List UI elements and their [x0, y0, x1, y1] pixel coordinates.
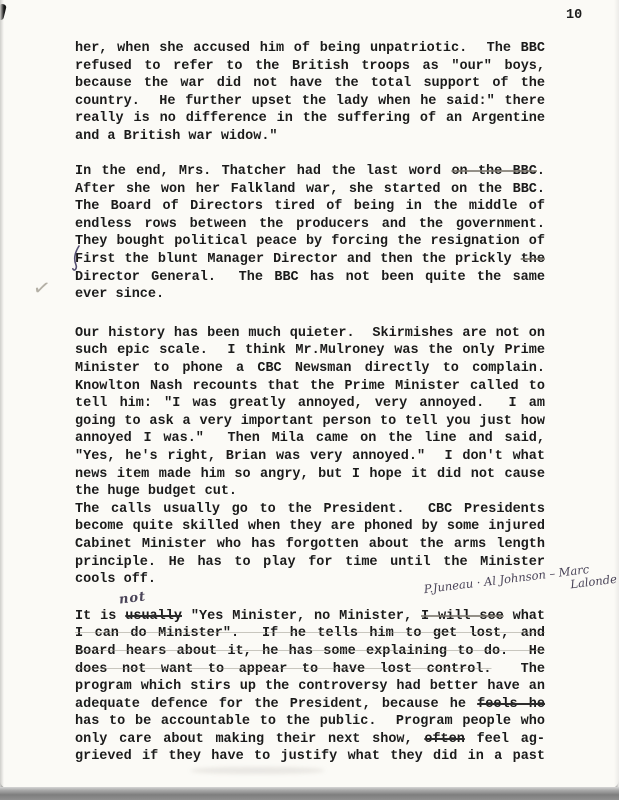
- page-number: 10: [566, 8, 582, 24]
- text-segment: The: [492, 662, 546, 677]
- text-line: the huge budget cut.: [75, 483, 545, 501]
- text-segment: principle. He has to play for time until…: [75, 555, 545, 570]
- text-line: Our history has been much quieter. Skirm…: [75, 325, 545, 343]
- text-segment: program which stirs up the controversy h…: [75, 679, 545, 694]
- text-segment: because the war did not have the total s…: [75, 76, 545, 91]
- text-line: and a British war widow.": [75, 128, 545, 146]
- struck-text: the: [521, 252, 545, 267]
- paragraph: Our history has been much quieter. Skirm…: [75, 325, 545, 589]
- scan-smudge: [190, 767, 325, 774]
- text-segment: .: [537, 164, 545, 179]
- struck-text: I will see: [421, 609, 504, 624]
- text-line: The calls usually go to the President. C…: [75, 501, 545, 519]
- text-segment: ever since.: [75, 287, 164, 302]
- text-segment: and a British war widow.": [75, 129, 278, 144]
- text-line: because the war did not have the total s…: [75, 75, 545, 93]
- text-line: endless rows between the producers and t…: [75, 216, 545, 234]
- text-line: her, when she accused him of being unpat…: [75, 40, 545, 58]
- text-line: Knowlton Nash recounts that the Prime Mi…: [75, 378, 545, 396]
- text-segment: Cabinet Minister who has forgotten about…: [75, 537, 545, 552]
- paragraph: It is usually "Yes Minister, no Minister…: [75, 608, 545, 766]
- struck-text: usually: [125, 609, 182, 624]
- text-line: such epic scale. I think Mr.Mulroney was…: [75, 342, 545, 360]
- text-segment: country. He further upset the lady when …: [75, 94, 545, 109]
- text-segment: Director General. The BBC has not been q…: [75, 270, 545, 285]
- text-segment: going to ask a very important person to …: [75, 414, 545, 429]
- text-segment: cools off.: [75, 572, 156, 587]
- text-segment: Knowlton Nash recounts that the Prime Mi…: [75, 379, 545, 394]
- text-segment: grieved if they have to justify what the…: [75, 749, 545, 764]
- handwritten-f-correction-icon: [70, 245, 83, 280]
- text-line: Board hears about it, he has some explai…: [75, 643, 545, 661]
- text-line: news item made him so angry, but I hope …: [75, 466, 545, 484]
- text-segment: news item made him so angry, but I hope …: [75, 467, 545, 482]
- text-line: has to be accountable to the public. Pro…: [75, 713, 545, 731]
- text-line: tell him: "I was greatly annoyed, very a…: [75, 395, 545, 413]
- text-segment: adequate defence for the President, beca…: [75, 697, 477, 712]
- text-line: It is usually "Yes Minister, no Minister…: [75, 608, 545, 626]
- struck-text: often: [424, 732, 465, 747]
- text-segment: what: [504, 609, 545, 624]
- paragraph: her, when she accused him of being unpat…: [75, 40, 545, 146]
- text-segment: "Yes, he's right, Brian was very annoyed…: [75, 449, 545, 464]
- text-line: grieved if they have to justify what the…: [75, 748, 545, 766]
- text-line: After she won her Falkland war, she star…: [75, 181, 545, 199]
- page-right-edge-shadow: [614, 0, 619, 789]
- text-line: Minister to phone a CBC Newsman directly…: [75, 360, 545, 378]
- text-segment: annoyed I was." Then Mila came on the li…: [75, 431, 545, 446]
- text-segment: Minister to phone a CBC Newsman directly…: [75, 361, 545, 376]
- text-line: only care about making their next show, …: [75, 731, 545, 749]
- text-segment: Our history has been much quieter. Skirm…: [75, 326, 545, 341]
- text-segment: The Board of Directors tired of being in…: [75, 199, 545, 214]
- struck-text: feels he: [477, 697, 545, 712]
- text-line: country. He further upset the lady when …: [75, 93, 545, 111]
- text-line: become quite skilled when they are phone…: [75, 518, 545, 536]
- text-segment: feel ag-: [465, 732, 545, 747]
- struck-text: I can do Minister". If he tells him to g…: [75, 626, 545, 641]
- text-segment: such epic scale. I think Mr.Mulroney was…: [75, 343, 545, 358]
- text-line: "Yes, he's right, Brian was very annoyed…: [75, 448, 545, 466]
- text-line: In the end, Mrs. Thatcher had the last w…: [75, 163, 545, 181]
- text-line: program which stirs up the controversy h…: [75, 678, 545, 696]
- text-line: principle. He has to play for time until…: [75, 554, 545, 572]
- text-segment: They bought political peace by forcing t…: [75, 234, 545, 249]
- text-line: Cabinet Minister who has forgotten about…: [75, 536, 545, 554]
- text-segment: her, when she accused him of being unpat…: [75, 41, 545, 56]
- text-line: annoyed I was." Then Mila came on the li…: [75, 430, 545, 448]
- text-line: The Board of Directors tired of being in…: [75, 198, 545, 216]
- text-segment: has to be accountable to the public. Pro…: [75, 714, 545, 729]
- scanned-page: 10 her, when she accused him of being un…: [0, 0, 619, 789]
- page-left-edge-shadow: [0, 0, 4, 789]
- text-line: First the blunt Manager Director and the…: [75, 251, 545, 269]
- text-segment: really is no difference in the suffering…: [75, 111, 545, 126]
- text-line: Director General. The BBC has not been q…: [75, 269, 545, 287]
- text-line: refused to refer to the British troops a…: [75, 58, 545, 76]
- text-segment: It is: [75, 609, 125, 624]
- struck-text: on the BBC: [451, 164, 536, 179]
- text-segment: only care about making their next show,: [75, 732, 424, 747]
- text-segment: In the end, Mrs. Thatcher had the last w…: [75, 164, 451, 179]
- document-body: her, when she accused him of being unpat…: [75, 40, 545, 784]
- text-segment: The calls usually go to the President. C…: [75, 502, 545, 517]
- text-segment: endless rows between the producers and t…: [75, 217, 545, 232]
- text-line: adequate defence for the President, beca…: [75, 696, 545, 714]
- text-line: does not want to appear to have lost con…: [75, 661, 545, 679]
- scan-bottom-edge: [0, 787, 619, 800]
- margin-checkmark-icon: ✓: [31, 275, 53, 302]
- text-line: ever since.: [75, 286, 545, 304]
- text-segment: "Yes Minister, no Minister,: [182, 609, 421, 624]
- text-segment: become quite skilled when they are phone…: [75, 519, 545, 534]
- text-line: I can do Minister". If he tells him to g…: [75, 625, 545, 643]
- text-segment: First the blunt Manager Director and the…: [75, 252, 521, 267]
- struck-text: Board hears about it, he has some explai…: [75, 644, 545, 659]
- text-segment: tell him: "I was greatly annoyed, very a…: [75, 396, 545, 411]
- text-segment: the huge budget cut.: [75, 484, 237, 499]
- text-line: going to ask a very important person to …: [75, 413, 545, 431]
- paragraph: In the end, Mrs. Thatcher had the last w…: [75, 163, 545, 304]
- text-segment: refused to refer to the British troops a…: [75, 59, 545, 74]
- text-line: really is no difference in the suffering…: [75, 110, 545, 128]
- struck-text: does not want to appear to have lost con…: [75, 662, 492, 677]
- text-segment: After she won her Falkland war, she star…: [75, 182, 545, 197]
- text-line: They bought political peace by forcing t…: [75, 233, 545, 251]
